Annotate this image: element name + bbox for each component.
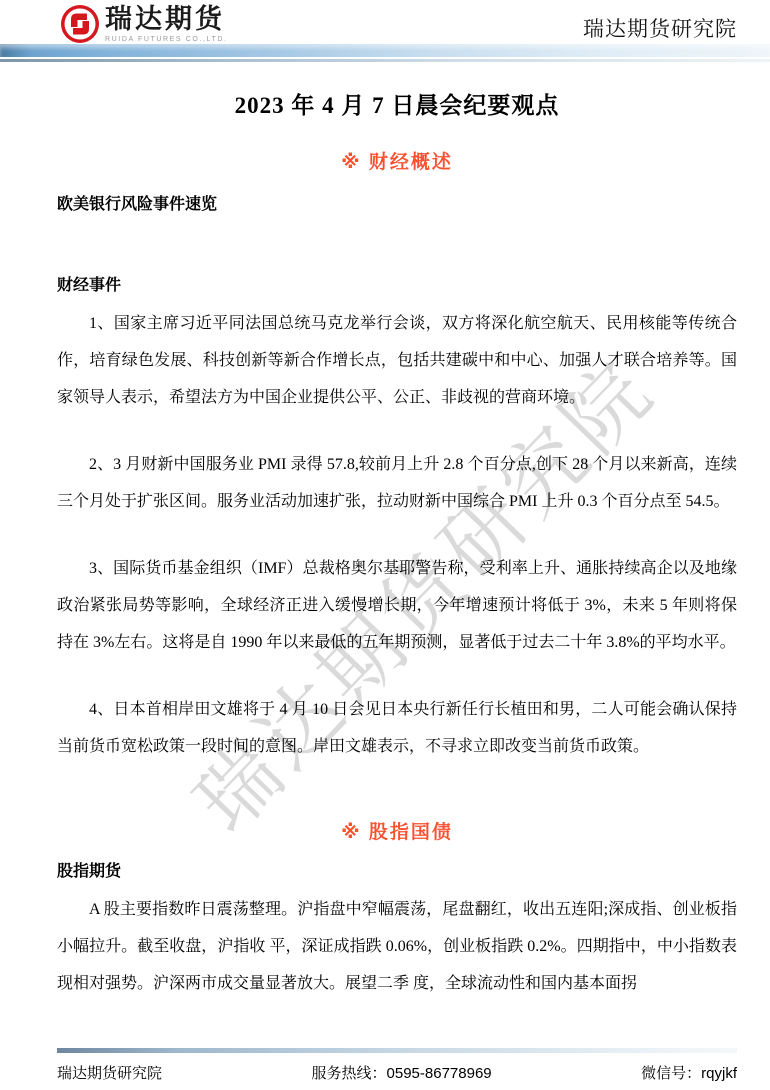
paragraph-finance-4: 4、日本首相岸田文雄将于 4 月 10 日会见日本央行新任行长植田和男，二人可能… (57, 691, 737, 765)
header-institute-name: 瑞达期货研究院 (583, 13, 737, 43)
brand-name-cn: 瑞达期货 (105, 4, 228, 34)
report-page: 瑞达期货研究院 瑞达期货 RUIDA FUTURES CO.,LTD. 瑞达期货… (0, 0, 770, 1090)
paragraph-finance-1: 1、国家主席习近平同法国总统马克龙举行会谈，双方将深化航空航天、民用核能等传统合… (57, 305, 737, 416)
page-header: 瑞达期货 RUIDA FUTURES CO.,LTD. 瑞达期货研究院 (0, 0, 770, 44)
footer-wechat: 微信号：rqyjkf (641, 1062, 737, 1083)
header-gradient-line (0, 59, 770, 62)
footer-info-row: 瑞达期货研究院 服务热线：0595-86778969 微信号：rqyjkf (57, 1062, 737, 1083)
ruida-logo-icon (60, 4, 100, 44)
subheading-finance-events: 财经事件 (57, 272, 737, 295)
document-body: 2023 年 4 月 7 日晨会纪要观点 ※ 财经概述 欧美银行风险事件速览 财… (0, 87, 770, 1002)
document-title: 2023 年 4 月 7 日晨会纪要观点 (57, 87, 737, 120)
paragraph-index-futures: A 股主要指数昨日震荡整理。沪指盘中窄幅震荡，尾盘翻红，收出五连阳;深成指、创业… (57, 891, 737, 1002)
footer-institute: 瑞达期货研究院 (57, 1062, 162, 1083)
section-heading-index-bond: ※ 股指国债 (57, 817, 737, 844)
subheading-index-futures: 股指期货 (57, 858, 737, 881)
brand-name-en: RUIDA FUTURES CO.,LTD. (105, 36, 228, 43)
paragraph-finance-2: 2、3 月财新中国服务业 PMI 录得 57.8,较前月上升 2.8 个百分点,… (57, 446, 737, 520)
paragraph-finance-3: 3、国际货币基金组织（IMF）总裁格奥尔基耶警告称，受利率上升、通胀持续高企以及… (57, 550, 737, 661)
logo-text: 瑞达期货 RUIDA FUTURES CO.,LTD. (105, 4, 228, 43)
company-logo: 瑞达期货 RUIDA FUTURES CO.,LTD. (60, 4, 228, 44)
finance-lead-line: 欧美银行风险事件速览 (57, 191, 737, 214)
footer-hotline: 服务热线：0595-86778969 (312, 1062, 492, 1083)
header-gradient-bar (0, 44, 770, 57)
page-footer: 瑞达期货研究院 服务热线：0595-86778969 微信号：rqyjkf (57, 1048, 737, 1083)
footer-gradient-bar (57, 1048, 737, 1053)
section-heading-finance-overview: ※ 财经概述 (57, 147, 737, 174)
